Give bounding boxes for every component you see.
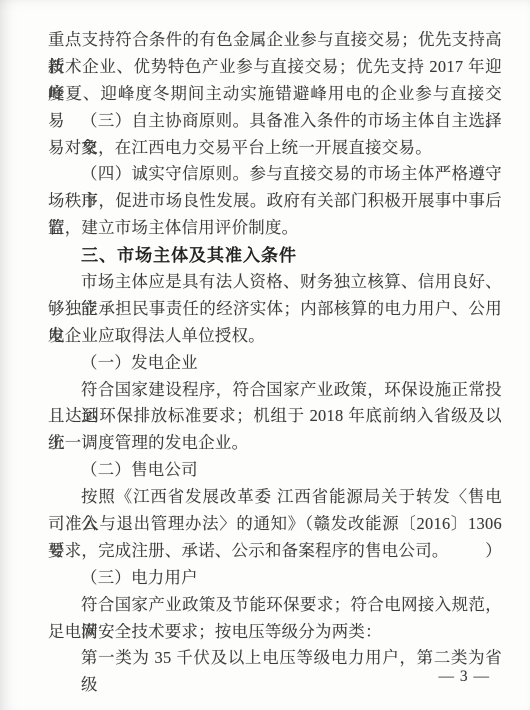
text-line: （四）诚实守信原则。参与直接交易的市场主体严格遵守市 (48, 161, 502, 188)
text-line: 度夏、迎峰度冬期间主动实施错避峰用电的企业参与直接交易。 (48, 81, 502, 108)
text-line: 够独立承担民事责任的经济实体；内部核算的电力用户、公用发 (48, 296, 502, 323)
section-heading: 三、市场主体及其准入条件 (48, 242, 502, 269)
text-line: 第一类为 35 千伏及以上电压等级电力用户，第二类为省级 (48, 645, 502, 672)
text-line: 市场主体应是具有法人资格、财务独立核算、信用良好、能 (48, 269, 502, 296)
document-page: 重点支持符合条件的有色金属企业参与直接交易；优先支持高新技术企业、优势特色产业参… (0, 0, 530, 710)
text-line: 按照《江西省发展改革委 江西省能源局关于转发〈售电公 (48, 484, 502, 511)
text-line: 统一调度管理的发电企业。 (48, 430, 502, 457)
page-number: — 3 — (439, 666, 491, 688)
text-line: 足电网安全技术要求；按电压等级分为两类： (48, 619, 502, 646)
text-line: 场秩序，促进市场良性发展。政府有关部门积极开展事中事后监 (48, 188, 502, 215)
text-line: 司准入与退出管理办法〉的通知》（赣发改能源〔2016〕1306 号） (48, 511, 502, 538)
text-line: 要求，完成注册、承诺、公示和备案程序的售电公司。 (48, 538, 502, 565)
text-line: 技术企业、优势特色产业参与直接交易；优先支持 2017 年迎峰 (48, 54, 502, 81)
text-line: （三）自主协商原则。具备准入条件的市场主体自主选择交 (48, 108, 502, 135)
text-line: （二）售电公司 (48, 457, 502, 484)
text-line: （一）发电企业 (48, 350, 502, 377)
text-line: 且达到环保排放标准要求；机组于 2018 年底前纳入省级及以上 (48, 403, 502, 430)
text-line: 重点支持符合条件的有色金属企业参与直接交易；优先支持高新 (48, 27, 502, 54)
text-line: 符合国家产业政策及节能环保要求；符合电网接入规范，满 (48, 592, 502, 619)
text-line: 易对象，在江西电力交易平台上统一开展直接交易。 (48, 135, 502, 162)
text-line: 符合国家建设程序，符合国家产业政策，环保设施正常投运 (48, 377, 502, 404)
text-line: 电企业应取得法人单位授权。 (48, 323, 502, 350)
text-line: 管，建立市场主体信用评价制度。 (48, 215, 502, 242)
document-body: 重点支持符合条件的有色金属企业参与直接交易；优先支持高新技术企业、优势特色产业参… (48, 27, 502, 672)
text-line: （三）电力用户 (48, 565, 502, 592)
